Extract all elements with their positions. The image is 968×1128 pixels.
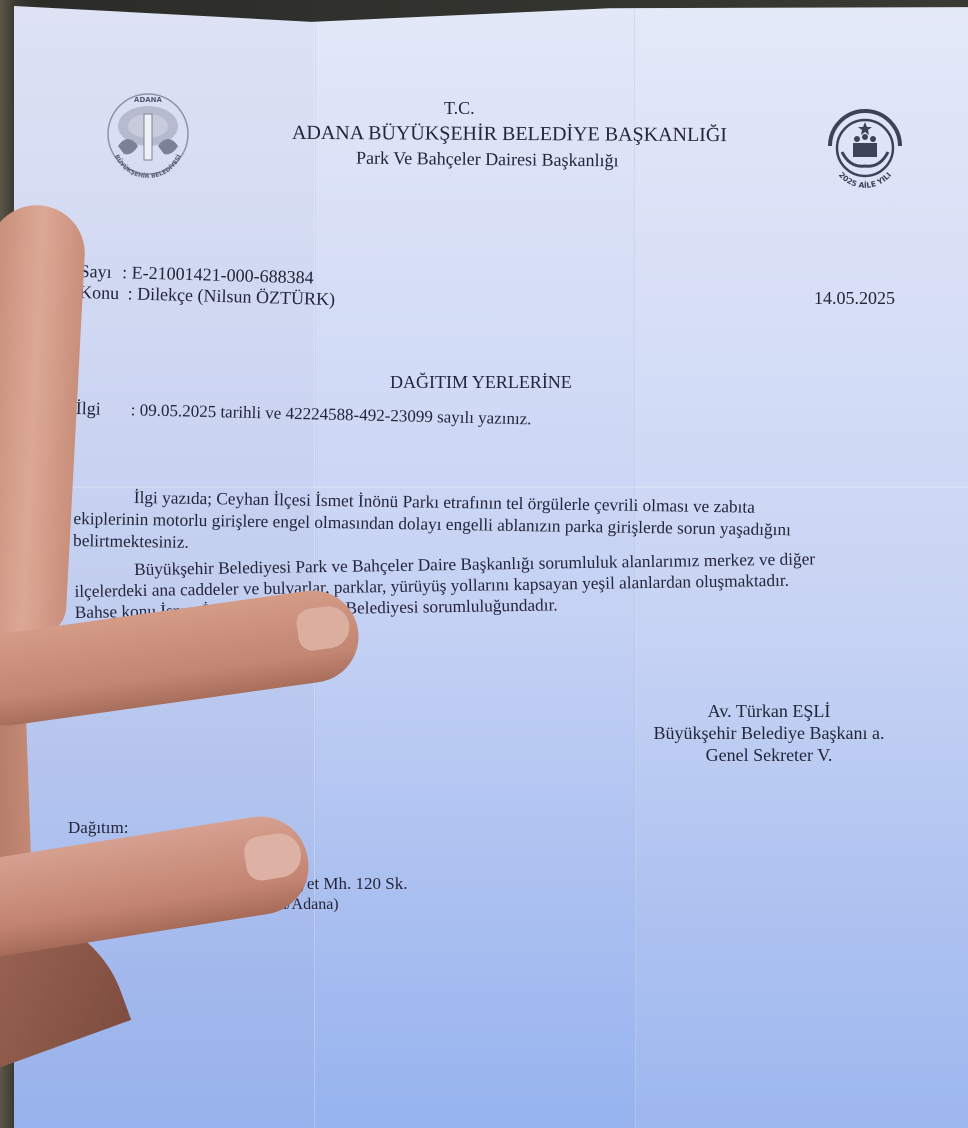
document-meta: Sayı : E-21001421-000-688384 Konu : Dile… [79, 261, 336, 310]
distribution-label: Dağıtım: [68, 818, 128, 838]
recipient-heading: DAĞITIM YERLERİNE [390, 372, 572, 393]
adana-municipality-logo-icon: ADANA BÜYÜKŞEHİR BELEDİYESİ [98, 84, 198, 184]
sayi-label: Sayı [79, 261, 112, 282]
konu-label: Konu [79, 282, 120, 303]
fingernail [295, 604, 352, 653]
signatory-title: Büyükşehir Belediye Başkanı a. [624, 722, 914, 744]
letter-paper: ADANA BÜYÜKŞEHİR BELEDİYESİ 2025 AİLE YI… [14, 6, 968, 1128]
letterhead-institution: ADANA BÜYÜKŞEHİR BELEDİYE BAŞKANLIĞI [292, 122, 727, 147]
signature-block: Av. Türkan EŞLİ Büyükşehir Belediye Başk… [624, 700, 914, 766]
letterhead-department: Park Ve Bahçeler Dairesi Başkanlığı [356, 148, 619, 172]
signatory-role: Genel Sekreter V. [624, 744, 914, 766]
ilgi-label: İlgi [76, 398, 101, 419]
fingernail [242, 830, 304, 882]
document-date: 14.05.2025 [814, 288, 895, 309]
letterhead-tc: T.C. [444, 98, 475, 119]
aile-yili-2025-logo-icon: 2025 AİLE YILI [820, 102, 910, 198]
svg-text:ADANA: ADANA [134, 96, 163, 104]
signatory-name: Av. Türkan EŞLİ [624, 700, 914, 722]
svg-text:2025 AİLE YILI: 2025 AİLE YILI [837, 170, 893, 190]
